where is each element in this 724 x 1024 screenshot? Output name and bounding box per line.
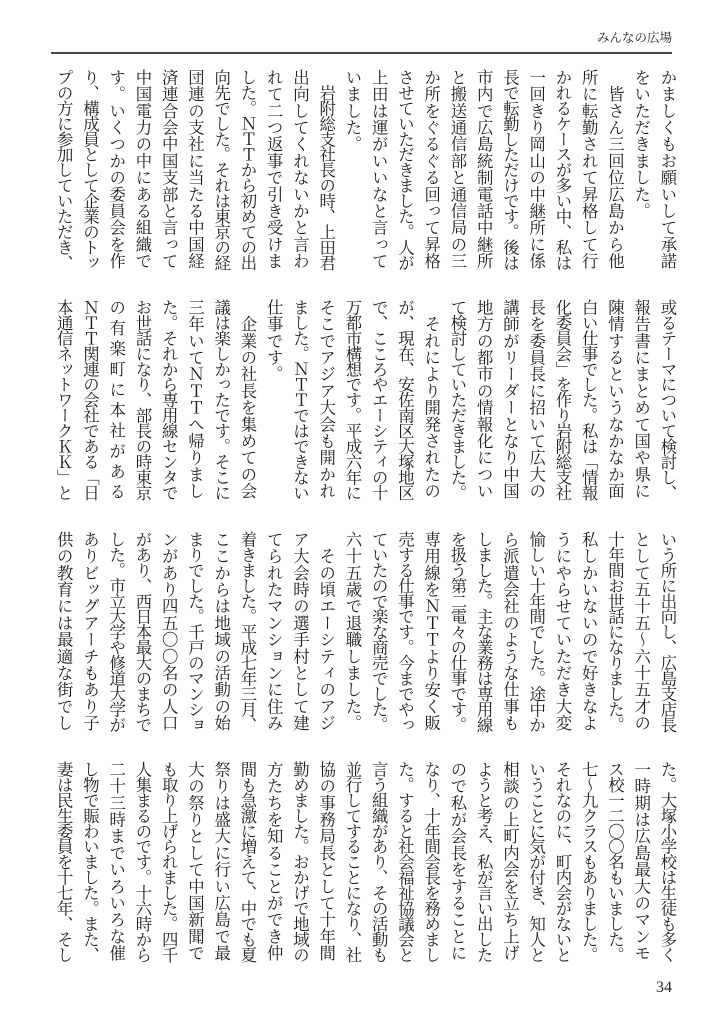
text-column: 二十三時までいろいろな催: [103, 761, 129, 961]
text-column: の有楽町に本社がある: [103, 299, 129, 500]
text-column: 団連の支社に当たる中国経: [181, 69, 207, 269]
text-column: て検討していただきました。: [444, 299, 470, 500]
text-column: す。いくつかの委員会を作: [103, 69, 129, 269]
text-column: ンがあり四五〇〇名の人口: [155, 531, 181, 731]
section-title: みんなの広場: [597, 31, 672, 44]
text-column: ありビッグアーチもあり子: [76, 531, 102, 731]
text-column: し物で賑わいました。また、: [76, 761, 102, 962]
text-column: 長を委員長に招いて広大の: [523, 299, 549, 499]
text-column: かれるケースが多い中、私は: [549, 69, 575, 270]
text-column: 私しかいないので好きなよ: [575, 531, 601, 731]
text-column: なり、十年間会長を務めまし: [418, 761, 444, 962]
text-column: ス校一二〇〇名もいました。: [601, 761, 627, 962]
text-column: その頃エーシティのアジ: [313, 531, 339, 731]
text-column: 企業の社長を集めての会: [234, 299, 260, 499]
text-column: 向先でした。それは東京の経: [208, 69, 234, 270]
text-column: ア大会時の選手村として建: [286, 531, 312, 731]
text-column: と搬送通信部と通信局の三: [444, 69, 470, 269]
text-column: 万都市構想です。平成六年に: [339, 299, 365, 500]
text-column: 本通信ネットワークＫＫ」と: [50, 299, 76, 500]
text-column: 着きました。平成七年三月、: [234, 531, 260, 732]
text-column: お世話になり、部長の時東京: [129, 299, 155, 500]
text-column: 皆さん三回位広島から他: [601, 69, 627, 269]
text-column: 並行してすることになり、社: [339, 761, 365, 962]
text-column: 三年いてＮＴＴへ帰りまし: [181, 299, 207, 499]
text-column: 所に転勤されて昇格して行: [575, 69, 601, 269]
text-column: た。それから専用線センタで: [155, 299, 181, 500]
text-column: ようと考え、私が言い出した: [470, 761, 496, 962]
text-column: た。大塚小学校は生徒も多く: [654, 761, 680, 962]
text-column: しました。主な業務は専用線: [470, 531, 496, 732]
text-column: いました。: [339, 69, 365, 153]
text-column: があり、西日本最大のまちで: [129, 531, 155, 732]
text-column: 化委員会」を作り岩附総支社: [549, 299, 575, 500]
text-column: 上田は運がいいなと言って: [365, 69, 391, 269]
text-column: 勤めました。おかげで地域の: [286, 761, 312, 962]
document-page: みんなの広場 かましくもお願いして承諾 をいただきました。 皆さん三回位広島から…: [0, 0, 724, 1024]
text-block-row-2: 或るテーマについて検討し、 報告書にまとめて国や県に 陳情するというなかなか面 …: [50, 299, 680, 514]
text-column: 或るテーマについて検討し、: [654, 299, 680, 500]
text-column: いう所に出向し、広島支店長: [654, 531, 680, 732]
text-column: 陳情するというなかなか面: [601, 299, 627, 499]
text-column: 講師がリーダーとなり中国: [496, 299, 522, 499]
text-column: そこでアジア大会も開かれ: [313, 299, 339, 499]
text-column: 妻は民生委員を十七年、そし: [50, 761, 76, 962]
text-column: 間も急激に増えて、中でも夏: [234, 761, 260, 962]
header-divider: [51, 52, 672, 54]
text-column: 七～九クラスもありました。: [575, 761, 601, 962]
text-column: 地方の都市の情報化につい: [470, 299, 496, 499]
text-column: 済連合会中国支部と言って: [155, 69, 181, 269]
text-column: ので私が会長をすることに: [444, 761, 470, 961]
text-column: 大の祭りとして中国新聞で: [181, 761, 207, 961]
text-column: を扱う第二電々の仕事です。: [444, 531, 470, 732]
text-column: 報告書にまとめて国や県に: [628, 299, 654, 499]
text-column: ここからは地域の活動の始: [208, 531, 234, 731]
text-block-row-1: かましくもお願いして承諾 をいただきました。 皆さん三回位広島から他 所に転勤さ…: [50, 69, 680, 284]
text-column: した。ＮＴＴから初めての出: [234, 69, 260, 270]
text-column: が、現在、安佐南区大塚地区: [391, 299, 417, 500]
text-column: させていただきました。人が: [391, 69, 417, 270]
text-column: かましくもお願いして承諾: [654, 69, 680, 269]
text-column: 供の教育には最適な街でし: [50, 531, 76, 731]
text-column: それなのに、町内会がないと: [549, 761, 575, 962]
text-column: 出向してくれないかと言わ: [286, 69, 312, 269]
text-column: 一回きり岡山の中継所に係: [523, 69, 549, 269]
text-column: いうことに気が付き、知人と: [523, 761, 549, 962]
text-column: をいただきました。: [628, 69, 654, 219]
text-column: 言う組織があり、その活動も: [365, 761, 391, 962]
text-column: 議は楽しかったです。そこに: [208, 299, 234, 500]
text-column: 岩附総支社長の時、上田君: [313, 69, 339, 270]
text-column: 売する仕事です。今までやっ: [391, 531, 417, 732]
text-column: 協の事務局長として十年間: [313, 761, 339, 961]
text-column: 祭りは盛大に行い広島で最: [208, 761, 234, 961]
text-column: 仕事です。: [260, 299, 286, 383]
text-column: 愉しい十年間でした。途中か: [523, 531, 549, 732]
text-column: てられたマンションに住み: [260, 531, 286, 731]
text-column: うにやらせていただき大変: [549, 531, 575, 731]
text-column: 白い仕事でした。私は「情報: [575, 299, 601, 500]
text-column: プの方に参加していただき、: [50, 69, 76, 270]
text-block-row-3: いう所に出向し、広島支店長 として五十五～六十五才の 十年間お世話になりました。…: [50, 531, 680, 746]
text-column: 方たちを知ることができ仲: [260, 761, 286, 961]
text-column: それにより開発されたの: [418, 299, 444, 499]
text-column: 中国電力の中にある組織で: [129, 69, 155, 269]
text-column: 六十五歳で退職しました。: [339, 531, 365, 731]
text-column: れて二つ返事で引き受けま: [260, 69, 286, 269]
text-column: り、構成員として企業のトッ: [76, 69, 102, 270]
page-number: 34: [656, 980, 672, 996]
text-column: 十年間お世話になりました。: [601, 531, 627, 732]
text-column: 市内で広島統制電話中継所: [470, 69, 496, 269]
text-column: した。市立大学や修道大学が: [103, 531, 129, 732]
text-column: 人集まるのです。十六時から: [129, 761, 155, 962]
text-block-row-4: た。大塚小学校は生徒も多く 一時期は広島最大のマンモ ス校一二〇〇名もいました。…: [50, 761, 680, 976]
text-column: 長で転勤しただけです。後は: [496, 69, 522, 270]
text-column: として五十五～六十五才の: [628, 531, 654, 731]
text-column: 相談の上町内会を立ち上げ: [496, 761, 522, 961]
text-column: 専用線をＮＴＴより安く販: [418, 531, 444, 731]
text-column: 一時期は広島最大のマンモ: [628, 761, 654, 961]
text-column: ていたので楽な商売でした。: [365, 531, 391, 732]
text-column: ました。ＮＴＴではできない: [286, 299, 312, 500]
text-column: ら派遣会社のような仕事も: [496, 531, 522, 731]
text-column: か所をぐるぐる回って昇格: [418, 69, 444, 269]
text-column: も取り上げられました。四千: [155, 761, 181, 962]
text-column: で、こころやエーシティの十: [365, 299, 391, 500]
text-column: た。すると社会福祉協議会と: [391, 761, 417, 962]
text-column: ＮＴＴ関連の会社である「日: [76, 299, 102, 500]
text-column: まりでした。千戸のマンショ: [181, 531, 207, 732]
